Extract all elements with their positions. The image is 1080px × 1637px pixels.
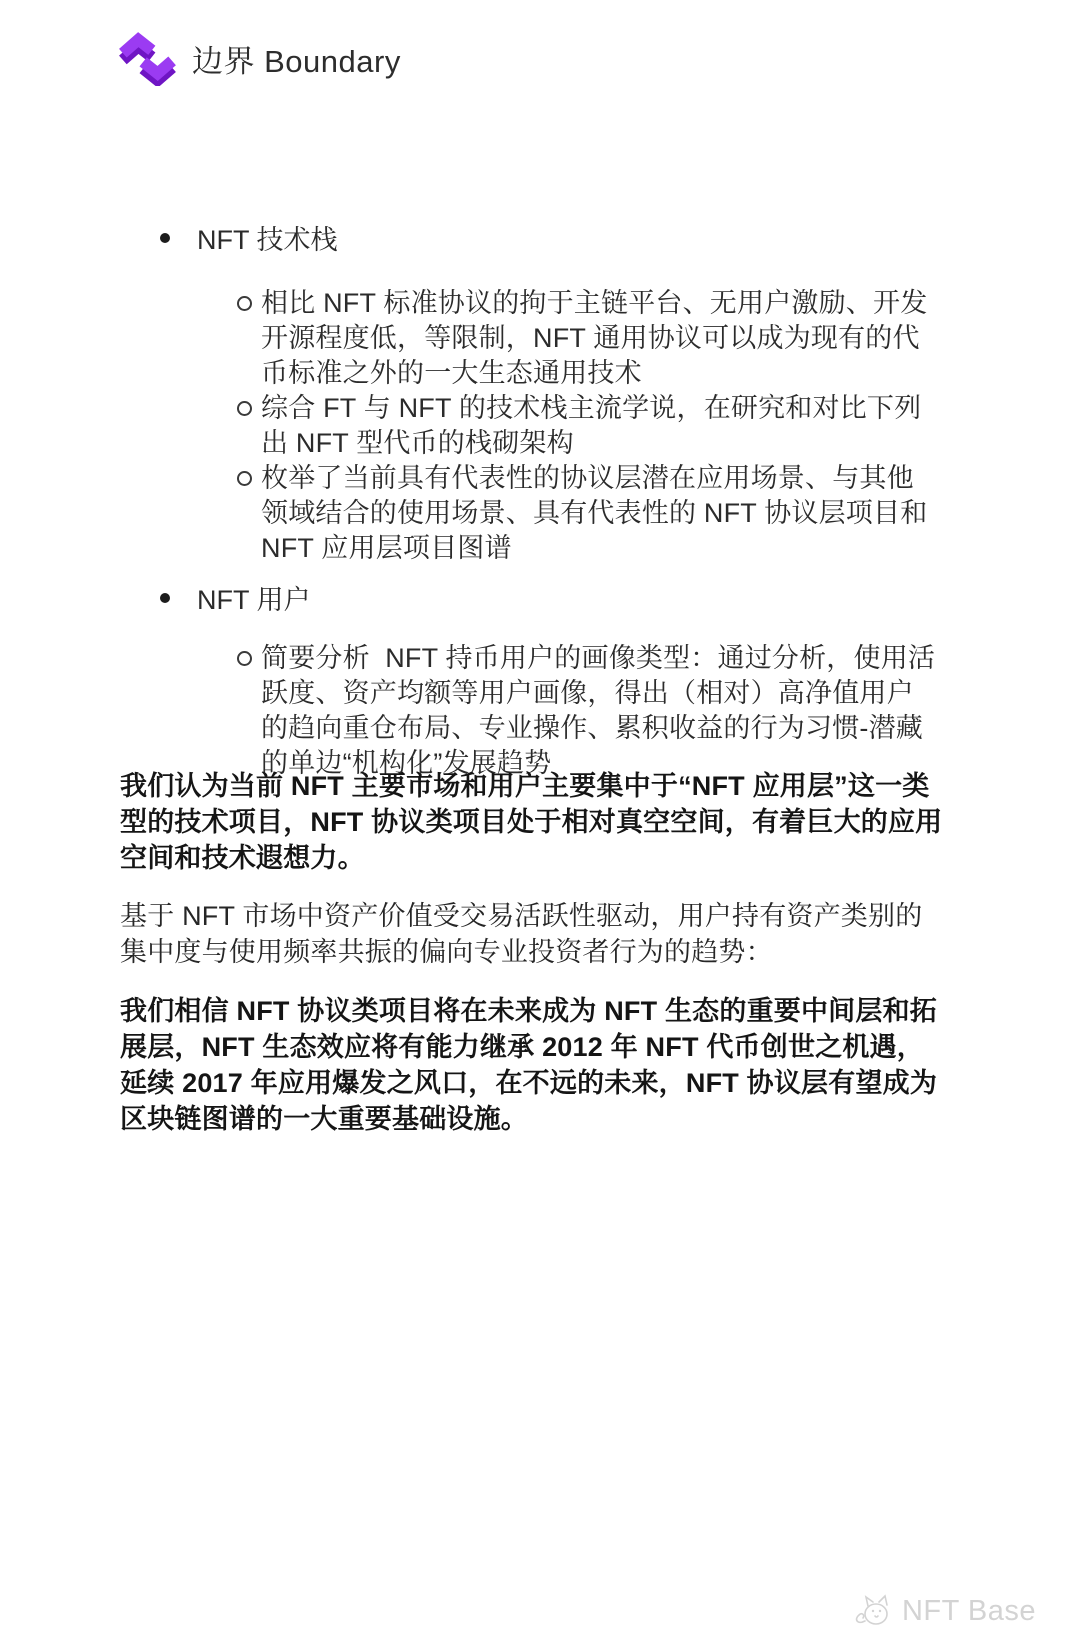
watermark: NFT Base [852, 1593, 1036, 1629]
sub-bullet-list-users: 简要分析 NFT 持币用户的画像类型：通过分析，使用活跃度、资产均额等用户画像，… [237, 641, 937, 781]
circle-bullet-icon [237, 651, 252, 666]
sub-bullet-text: 相比 NFT 标准协议的拘于主链平台、无用户激励、开发开源程度低，等限制，NFT… [261, 286, 937, 391]
cat-icon [852, 1593, 894, 1629]
watermark-label: NFT Base [902, 1595, 1036, 1628]
circle-bullet-icon [237, 401, 252, 416]
document-page: 边界 Boundary NFT 技术栈 相比 NFT 标准协议的拘于主链平台、无… [0, 0, 1080, 1637]
sub-bullet-list-tech-stack: 相比 NFT 标准协议的拘于主链平台、无用户激励、开发开源程度低，等限制，NFT… [237, 286, 937, 566]
paragraph-market-driver: 基于 NFT 市场中资产价值受交易活跃性驱动，用户持有资产类别的集中度与使用频率… [120, 898, 948, 970]
bullet-dot-icon [160, 593, 170, 603]
sub-bullet-text: 综合 FT 与 NFT 的技术栈主流学说，在研究和对比下列出 NFT 型代币的栈… [261, 391, 937, 461]
list-item: 枚举了当前具有代表性的协议层潜在应用场景、与其他领域结合的使用场景、具有代表性的… [237, 461, 937, 566]
sub-bullet-text: 简要分析 NFT 持币用户的画像类型：通过分析，使用活跃度、资产均额等用户画像，… [261, 641, 937, 781]
bullet-label: NFT 技术栈 [197, 218, 338, 257]
list-item: 综合 FT 与 NFT 的技术栈主流学说，在研究和对比下列出 NFT 型代币的栈… [237, 391, 937, 461]
bullet-item-nft-tech-stack: NFT 技术栈 [160, 218, 338, 257]
bullet-label: NFT 用户 [197, 578, 311, 617]
bullet-item-nft-users: NFT 用户 [160, 578, 311, 617]
paragraph-conclusion-application-layer: 我们认为当前 NFT 主要市场和用户主要集中于“NFT 应用层”这一类型的技术项… [120, 768, 948, 876]
bullet-dot-icon [160, 233, 170, 243]
brand-logo-text: 边界 Boundary [192, 36, 401, 81]
boundary-logo-icon [116, 30, 178, 86]
list-item: 相比 NFT 标准协议的拘于主链平台、无用户激励、开发开源程度低，等限制，NFT… [237, 286, 937, 391]
sub-bullet-text: 枚举了当前具有代表性的协议层潜在应用场景、与其他领域结合的使用场景、具有代表性的… [261, 461, 937, 566]
brand-logo: 边界 Boundary [116, 30, 401, 86]
circle-bullet-icon [237, 471, 252, 486]
circle-bullet-icon [237, 296, 252, 311]
list-item: 简要分析 NFT 持币用户的画像类型：通过分析，使用活跃度、资产均额等用户画像，… [237, 641, 937, 781]
paragraph-conclusion-protocol-layer: 我们相信 NFT 协议类项目将在未来成为 NFT 生态的重要中间层和拓展层，NF… [120, 993, 948, 1137]
